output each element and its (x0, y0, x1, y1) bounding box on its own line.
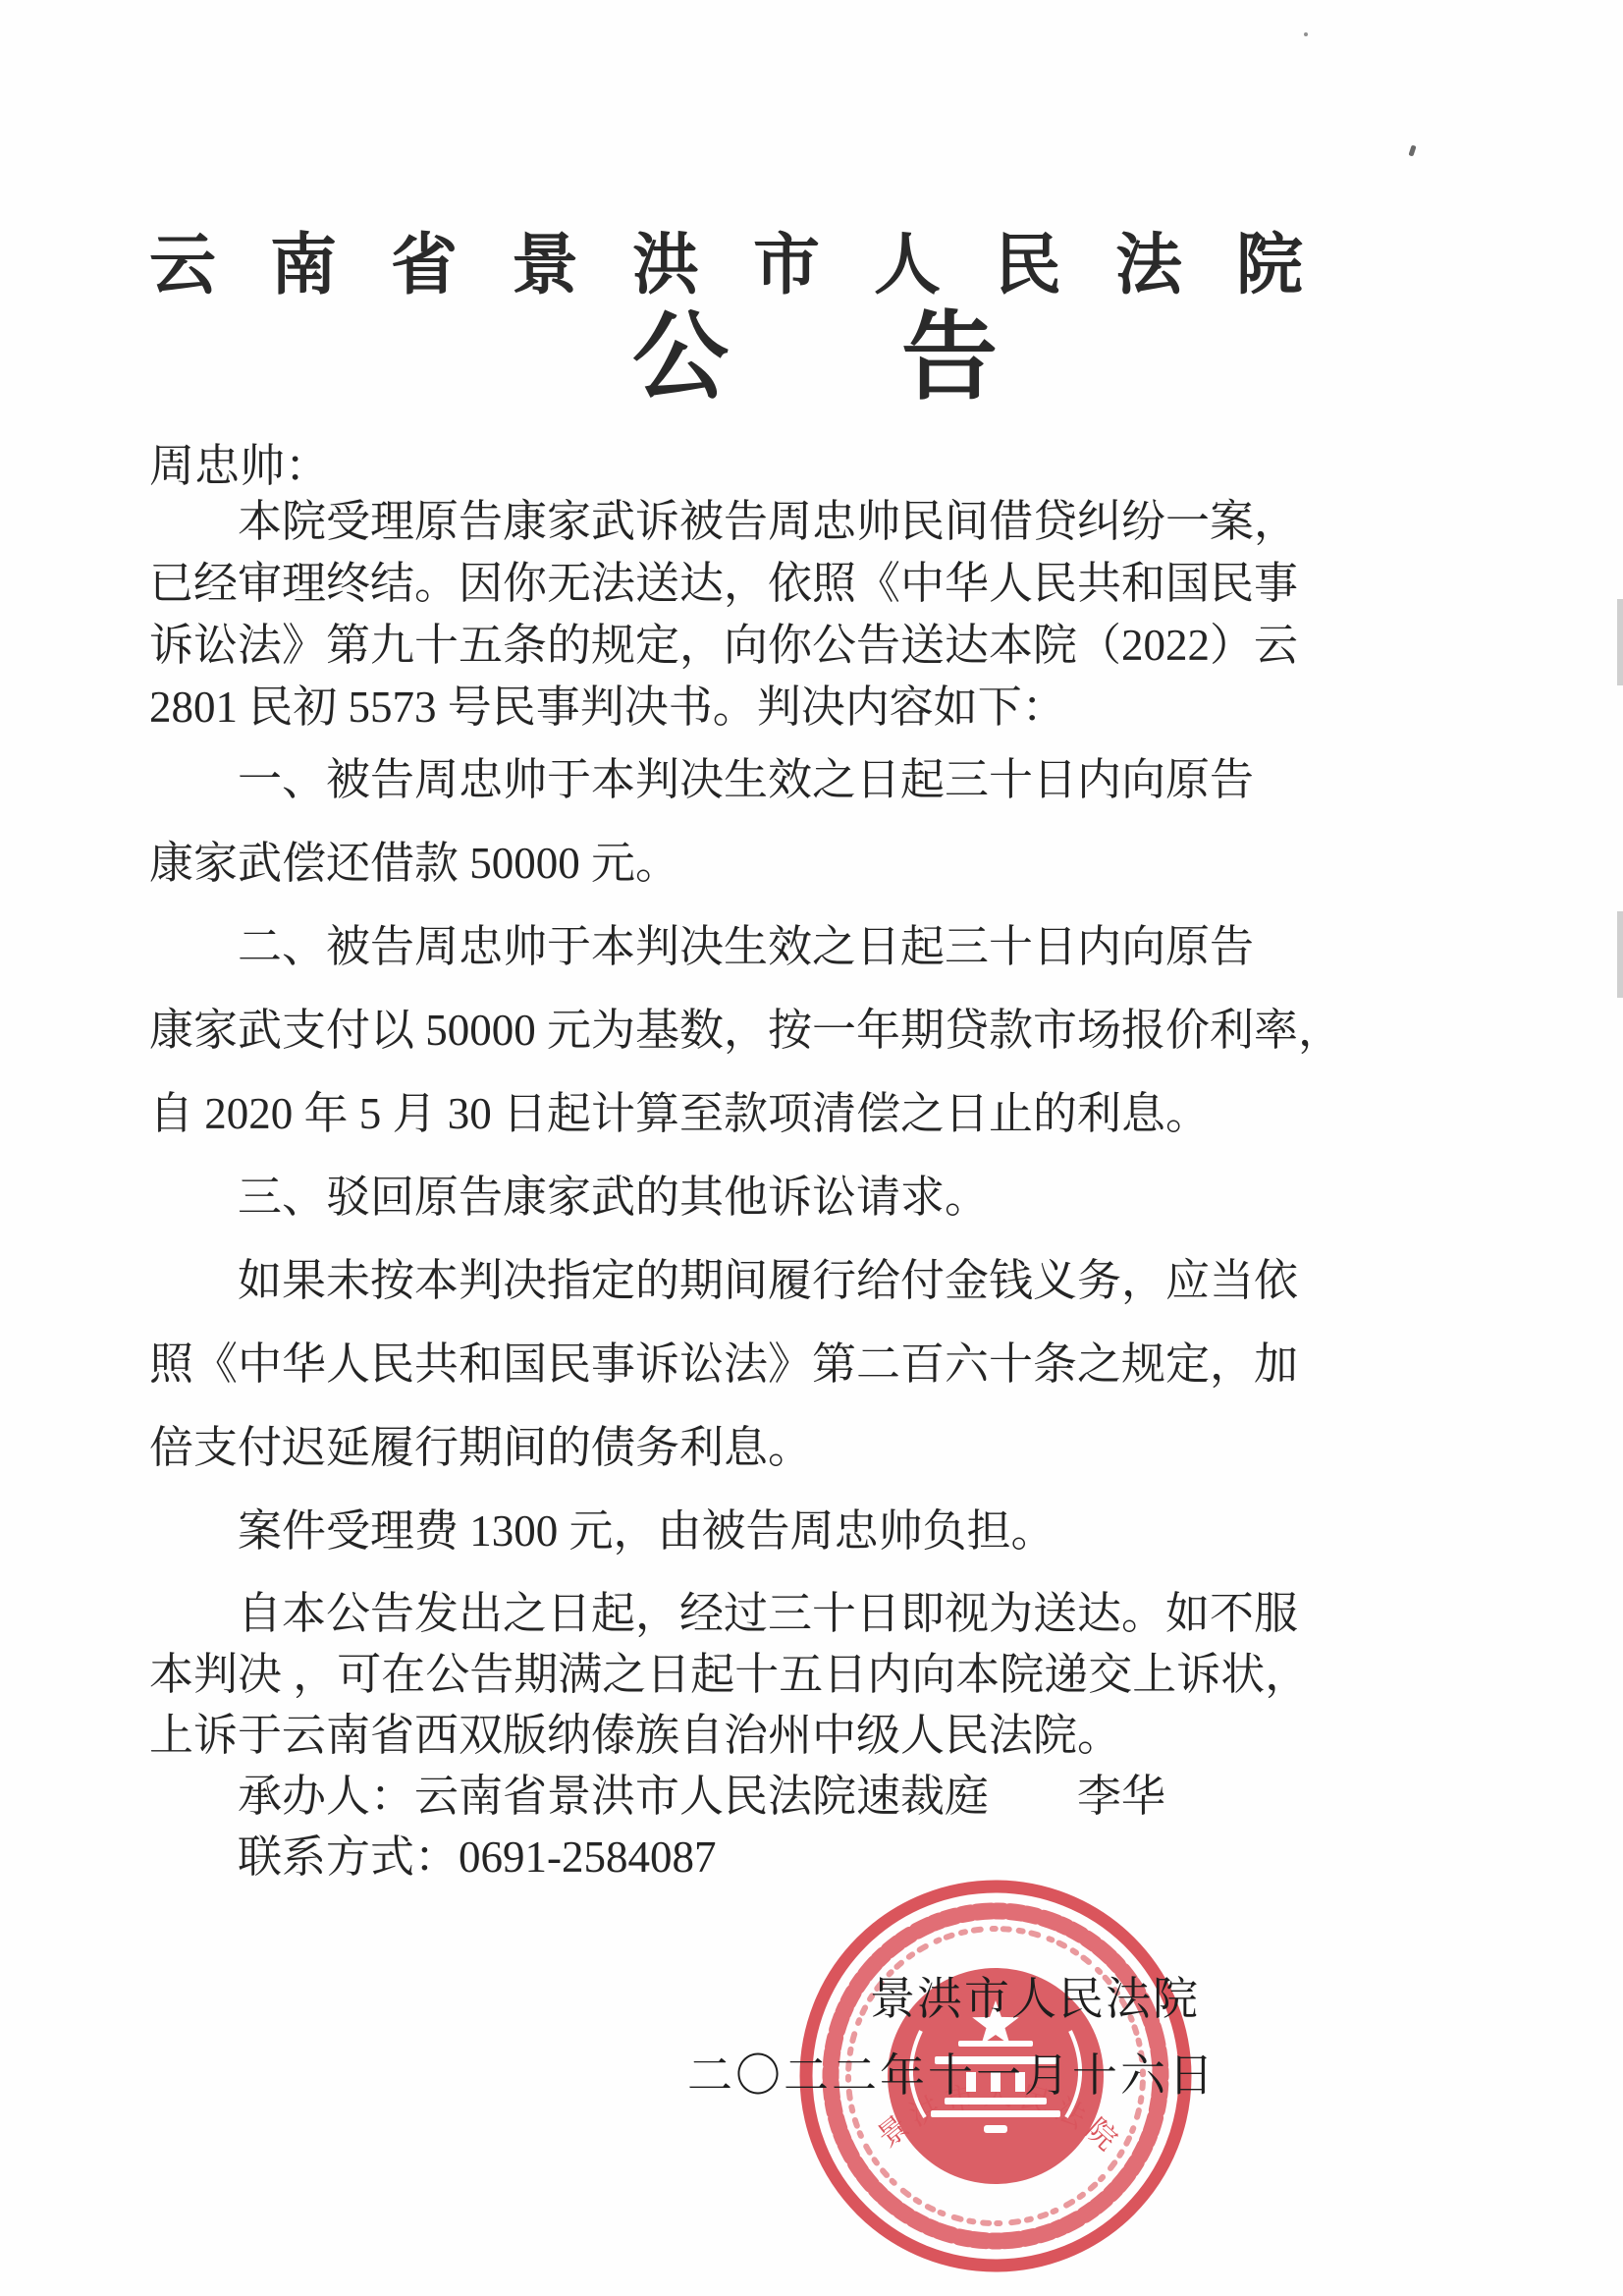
body-line: 诉讼法》第九十五条的规定，向你公告送达本院（2022）云 (149, 615, 1327, 677)
scan-edge-mark (1617, 911, 1623, 998)
notice-char: 公 (632, 306, 729, 408)
closing-paragraph: 自本公告发出之日起，经过三十日即视为送达。如不服 本判决 ，可在公告期满之日起十… (149, 1583, 1327, 1887)
body-line: 康家武支付以 50000 元为基数，按一年期贷款市场报价利率， (149, 989, 1327, 1072)
body-line: 二、被告周忠帅于本判决生效之日起三十日内向原告 (149, 905, 1327, 989)
body-line: 本判决 ，可在公告期满之日起十五日内向本院递交上诉状， (149, 1644, 1327, 1705)
body-line: 照《中华人民共和国民事诉讼法》第二百六十条之规定，加 (149, 1323, 1327, 1406)
body-line: 承办人：云南省景洪市人民法院速裁庭 李华 (149, 1766, 1327, 1827)
addressee: 周忠帅： (149, 430, 330, 495)
body-line: 三、驳回原告康家武的其他诉讼请求。 (149, 1156, 1327, 1239)
body-line: 倍支付迟延履行期间的债务利息。 (149, 1406, 1327, 1490)
scan-edge-mark (1617, 599, 1623, 685)
intro-paragraph: 本院受理原告康家武诉被告周忠帅民间借贷纠纷一案， 已经审理终结。因你无法送达，依… (149, 491, 1327, 738)
court-title: 云南省景洪市人民法院 (149, 212, 1308, 307)
body-line: 自本公告发出之日起，经过三十日即视为送达。如不服 (149, 1583, 1327, 1644)
notice-title: 公 告 (149, 306, 1308, 408)
body-line: 如果未按本判决指定的期间履行给付金钱义务，应当依 (149, 1239, 1327, 1323)
body-line: 本院受理原告康家武诉被告周忠帅民间借贷纠纷一案， (149, 491, 1327, 553)
scan-speck (1408, 144, 1416, 156)
scan-speck (1304, 32, 1308, 36)
body-line: 2801 民初 5573 号民事判决书。判决内容如下： (149, 677, 1327, 738)
signature-court: 景洪市人民法院 (870, 1963, 1200, 2028)
body-line: 自 2020 年 5 月 30 日起计算至款项清偿之日止的利息。 (149, 1072, 1327, 1156)
signature-date: 二〇二二年十一月十六日 (687, 2040, 1217, 2105)
notice-char: 告 (901, 306, 998, 408)
body-line: 康家武偿还借款 50000 元。 (149, 822, 1327, 905)
body-line: 上诉于云南省西双版纳傣族自治州中级人民法院。 (149, 1705, 1327, 1766)
body-line: 一、被告周忠帅于本判决生效之日起三十日内向原告 (149, 738, 1327, 822)
judgment-paragraph: 一、被告周忠帅于本判决生效之日起三十日内向原告 康家武偿还借款 50000 元。… (149, 738, 1327, 1573)
document-page: 云南省景洪市人民法院 公 告 周忠帅： 本院受理原告康家武诉被告周忠帅民间借贷纠… (0, 0, 1623, 2296)
body-line: 已经审理终结。因你无法送达，依照《中华人民共和国民事 (149, 553, 1327, 615)
body-line: 案件受理费 1300 元，由被告周忠帅负担。 (149, 1490, 1327, 1573)
